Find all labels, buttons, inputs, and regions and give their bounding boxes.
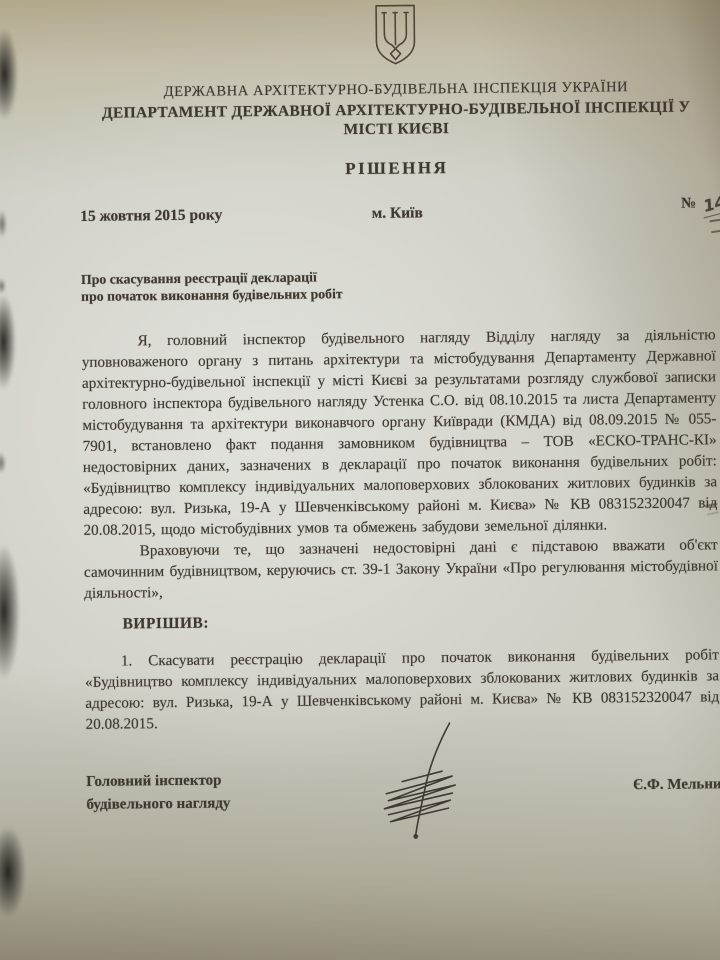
org-name-line2: ДЕПАРТАМЕНТ ДЕРЖАВНОЇ АРХІТЕКТУРНО-БУДІВ… [79, 97, 713, 142]
resolved-heading: ВИРІШИВ: [122, 609, 718, 633]
document-place: м. Київ [291, 204, 503, 224]
paragraph-1: Я, головний інспектор будівельного нагля… [81, 324, 717, 541]
photographed-document: ДЕРЖАВНА АРХІТЕКТУРНО-БУДІВЕЛЬНА ІНСПЕКЦ… [0, 0, 720, 960]
signature-scribble [362, 719, 473, 845]
date-row: 15 жовтня 2015 року м. Київ [80, 201, 714, 226]
document-number: № 14 [681, 192, 720, 213]
handwritten-mark [709, 218, 720, 233]
document-content: ДЕРЖАВНА АРХІТЕКТУРНО-БУДІВЕЛЬНА ІНСПЕКЦ… [0, 0, 720, 902]
signature-block: Головний інспектор будівельного нагляду … [86, 764, 720, 901]
document-title: РІШЕННЯ [80, 155, 714, 182]
subject-block: Про скасування реєстрації декларації про… [81, 265, 715, 305]
ukraine-trident-icon [372, 3, 419, 65]
signer-title: Головний інспектор будівельного нагляду [86, 769, 230, 817]
paragraph-2: Враховуючи те, що зазначені недостовірні… [84, 534, 719, 604]
signer-name: Є.Ф. Мельник [633, 776, 720, 794]
signer-title-line1: Головний інспектор [86, 769, 230, 794]
number-sign: № [681, 195, 696, 211]
document-date: 15 жовтня 2015 року [80, 206, 292, 226]
signer-title-line2: будівельного нагляду [86, 792, 230, 817]
